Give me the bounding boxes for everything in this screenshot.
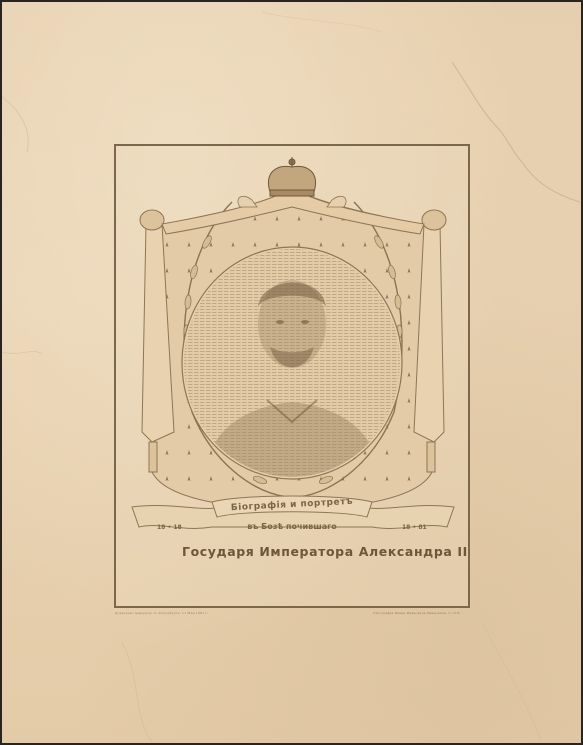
subtitle: въ Бозѣ почившаго bbox=[232, 522, 352, 531]
death-year: 18 • 81 bbox=[402, 524, 427, 531]
engraving-artwork bbox=[2, 2, 581, 743]
printer-caption: Литографія Ивана Ивановича Ивановича, С.… bbox=[373, 611, 461, 615]
imperial-crown-icon bbox=[269, 157, 316, 196]
paper-sheet: Біографія и портретъ 18 • 18 18 • 81 въ … bbox=[2, 2, 581, 743]
main-title: Государя Императора Александра II bbox=[182, 544, 414, 559]
censorship-caption: Дозволено цензурою. С.-Петербургъ, 11 Ма… bbox=[115, 611, 208, 615]
birth-year: 18 • 18 bbox=[157, 524, 182, 531]
